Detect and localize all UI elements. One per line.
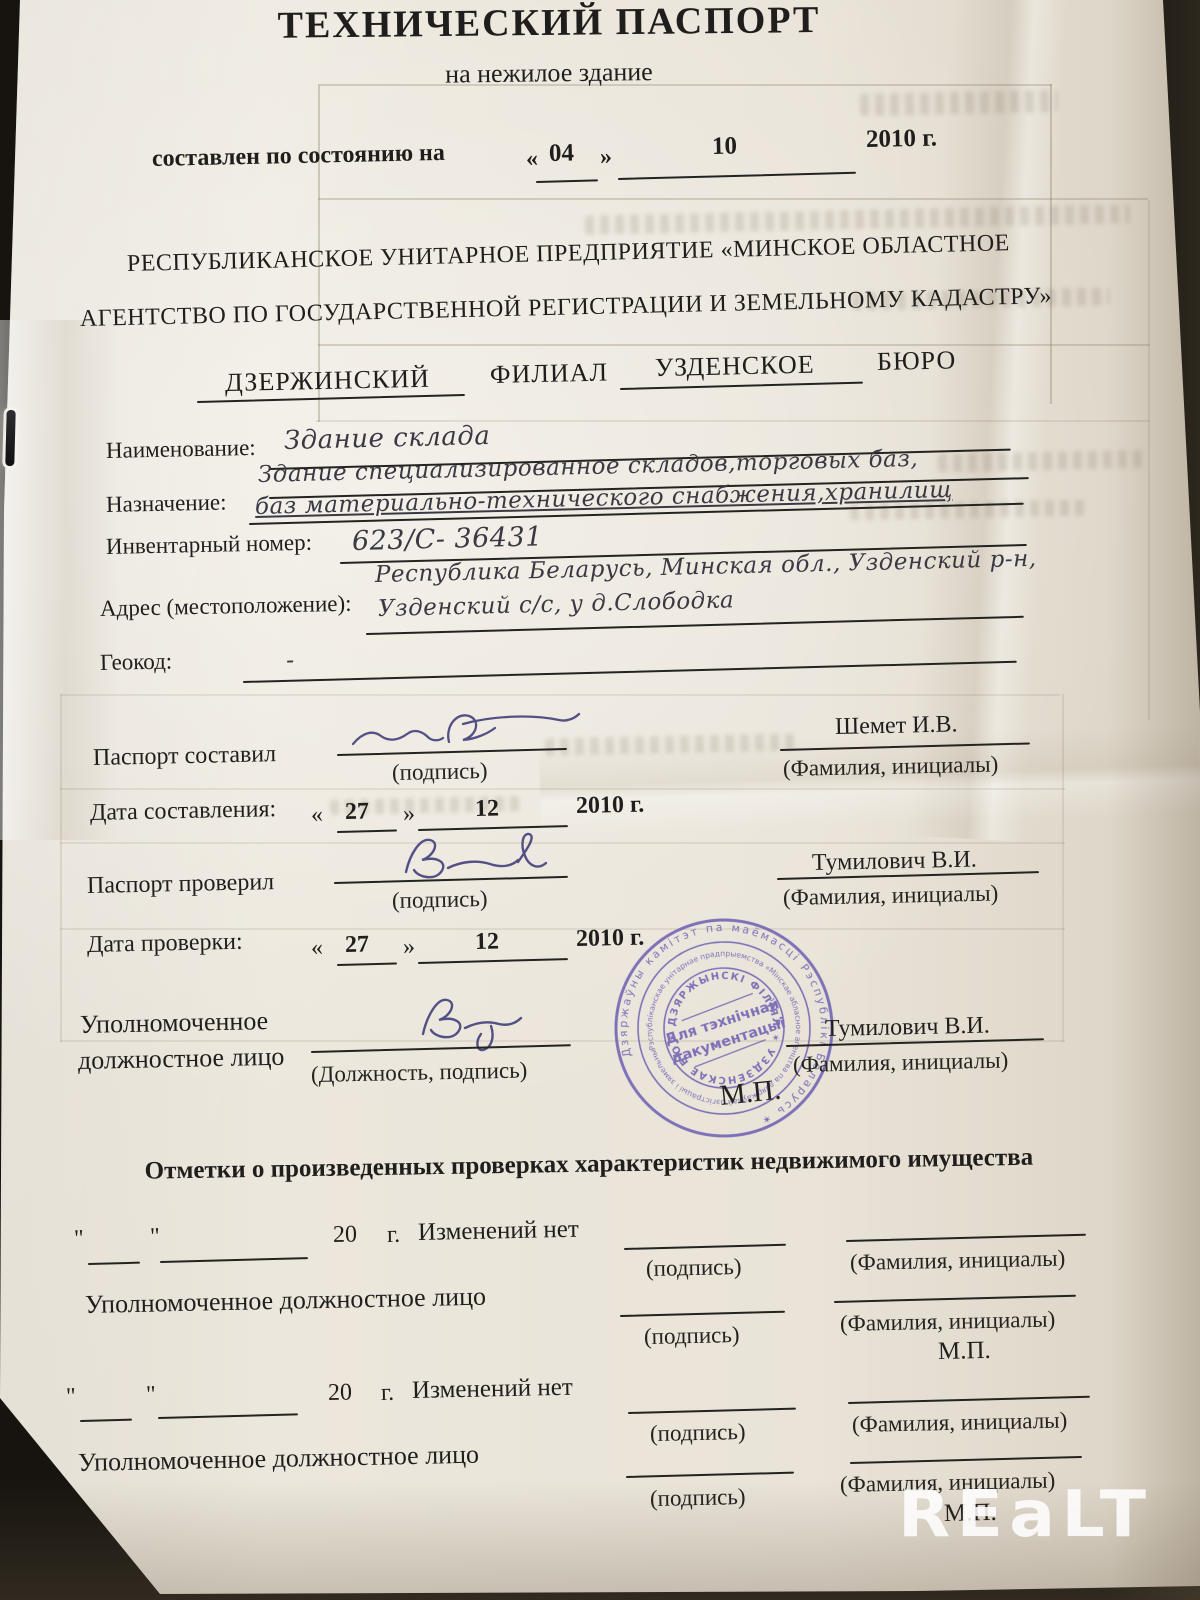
compiled-year: 2010 г.	[866, 125, 938, 154]
bleedthrough-line	[60, 694, 62, 1042]
compiled-date-month: 12	[475, 796, 500, 823]
compiled-day: 04	[549, 139, 575, 168]
name-caption: (Фамилия, инициалы)	[793, 1047, 1009, 1078]
checked-date-label: Дата проверки:	[87, 929, 243, 959]
bleedthrough-line	[60, 842, 1065, 844]
compiled-date-day: 27	[345, 799, 370, 826]
signature-caption: (подпись)	[392, 758, 488, 786]
name-caption: (Фамилия, инициалы)	[840, 1306, 1056, 1337]
date-open-quote: «	[311, 935, 324, 962]
inventory-value-handwritten: 623/С- 36431	[352, 521, 544, 557]
checked-by-label: Паспорт проверил	[87, 869, 275, 900]
date-close-quote: »	[403, 801, 416, 828]
year-prefix: 20	[333, 1222, 358, 1249]
bleedthrough-line	[1062, 694, 1064, 1042]
bureau-label: БЮРО	[877, 345, 957, 377]
day-quote: "	[74, 1226, 84, 1253]
position-signature-caption: (Должность, подпись)	[311, 1057, 528, 1088]
filial-name: ДЗЕРЖИНСКИЙ	[225, 364, 431, 398]
name-caption: (Фамилия, инициалы)	[783, 880, 999, 911]
bleedthrough-line	[318, 344, 1150, 346]
edge-shadow	[1108, 0, 1200, 1600]
no-changes-text: Изменений нет	[418, 1216, 579, 1247]
compiled-by-name: Шемет И.В.	[835, 711, 958, 741]
day-quote: "	[150, 1224, 160, 1251]
filial-label: ФИЛИАЛ	[490, 358, 609, 390]
compiled-date-label: Дата составления:	[90, 796, 277, 827]
address-label: Адрес (местоположение):	[100, 591, 352, 622]
bleedthrough-line	[318, 198, 1148, 200]
purpose-label: Назначение:	[106, 489, 227, 518]
signature-caption: (подпись)	[392, 886, 488, 914]
geocode-value-handwritten: -	[286, 646, 295, 674]
staple	[5, 410, 15, 466]
signature-caption: (подпись)	[650, 1484, 746, 1512]
compiled-by-label: Паспорт составил	[93, 741, 277, 772]
document-title: ТЕХНИЧЕСКИЙ ПАСПОРТ	[249, 0, 849, 48]
bleedthrough-line	[60, 694, 1060, 696]
stamp-place-mark: М.П.	[938, 1337, 991, 1366]
checked-date-month: 12	[475, 929, 500, 956]
date-close-quote: »	[403, 934, 416, 961]
realt-watermark: REaLT	[898, 1478, 1152, 1552]
photo-of-document: ТЕХНИЧЕСКИЙ ПАСПОРТ на нежилое здание со…	[0, 0, 1200, 1600]
inventory-label: Инвентарный номер:	[106, 530, 313, 560]
signature-caption: (подпись)	[644, 1322, 740, 1350]
day-quote: "	[146, 1382, 156, 1409]
year-suffix: г.	[381, 1380, 395, 1407]
name-caption: (Фамилия, инициалы)	[850, 1245, 1066, 1276]
bleedthrough-line	[1050, 84, 1052, 404]
official-name: Тумилович В.И.	[825, 1013, 990, 1043]
signature-caption: (подпись)	[650, 1419, 746, 1447]
name-label: Наименование:	[106, 435, 256, 464]
geocode-label: Геокод:	[100, 648, 173, 676]
bleedthrough-text	[860, 90, 1058, 116]
name-caption: (Фамилия, инициалы)	[783, 751, 999, 782]
year-suffix: г.	[387, 1222, 401, 1249]
year-prefix: 20	[328, 1380, 353, 1407]
signature-caption: (подпись)	[646, 1254, 742, 1282]
date-open-quote: «	[311, 802, 324, 829]
no-changes-text: Изменений нет	[412, 1374, 573, 1405]
name-value-handwritten: Здание склада	[284, 421, 491, 456]
name-caption: (Фамилия, инициалы)	[852, 1407, 1068, 1438]
compiled-date-year: 2010 г.	[576, 792, 645, 820]
day-quote: "	[66, 1384, 76, 1411]
checked-date-day: 27	[345, 932, 370, 959]
bleedthrough-line	[60, 788, 1065, 790]
official-label-line2: должностное лицо	[78, 1042, 285, 1076]
stamp-place-mark: М.П.	[718, 1074, 782, 1113]
compiled-close-quote: »	[600, 144, 613, 171]
official-label-line1: Уполномоченное	[80, 1006, 269, 1040]
bleedthrough-line	[1148, 200, 1150, 720]
compiled-open-quote: «	[526, 146, 539, 173]
compiled-month: 10	[712, 132, 738, 161]
bureau-name: УЗДЕНСКОЕ	[655, 350, 815, 383]
